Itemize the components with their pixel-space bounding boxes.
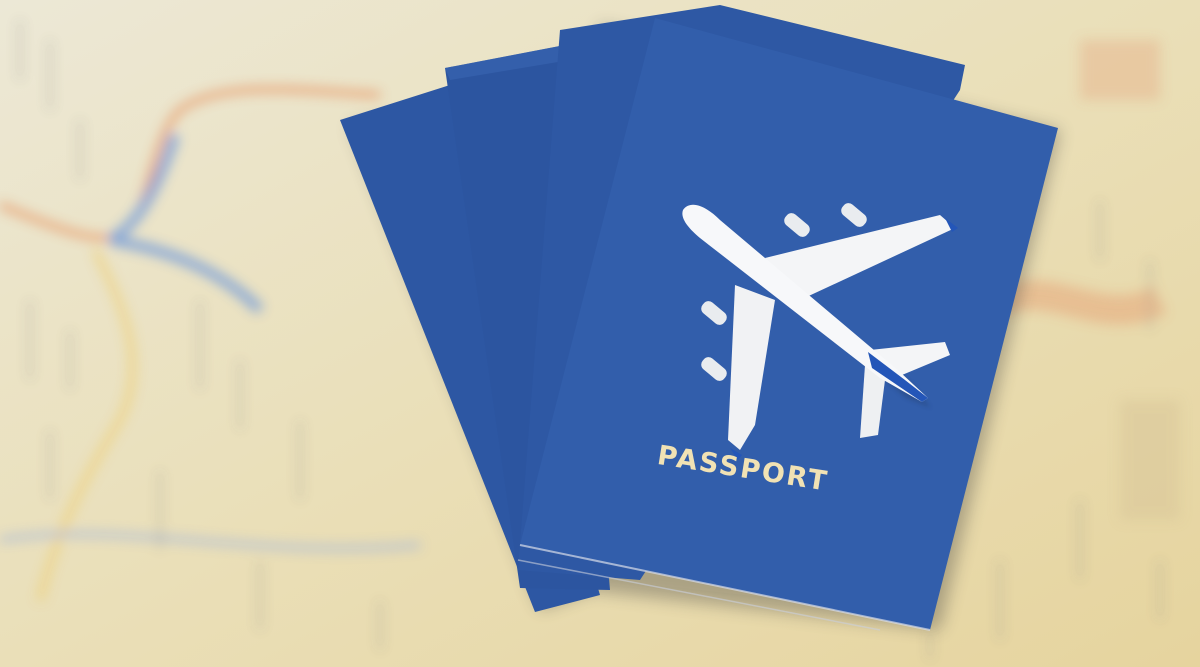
photo-scene: PASSPORT (0, 0, 1200, 667)
map-background (0, 0, 1200, 667)
